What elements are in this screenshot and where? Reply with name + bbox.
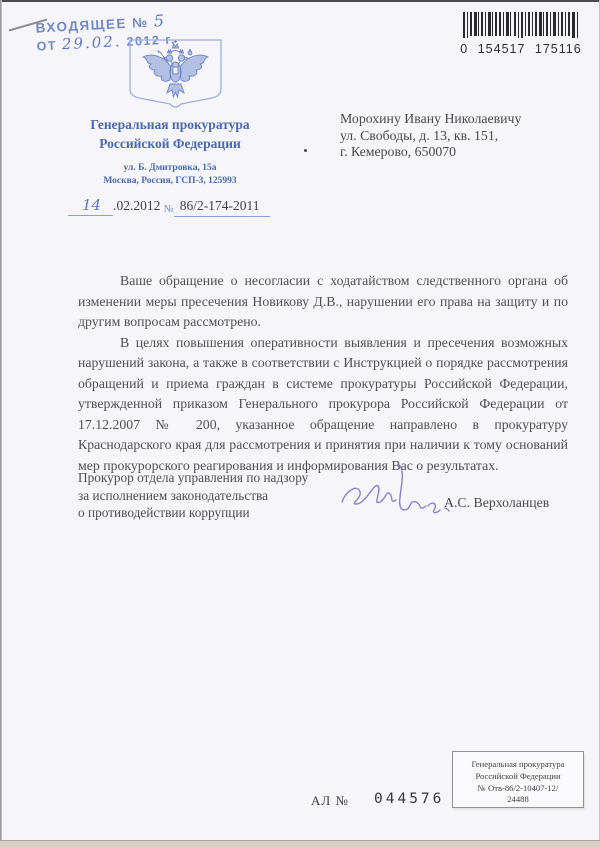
reference-line: 14.02.2012 №86/2-174-2011: [68, 196, 270, 217]
signer-name: А.С. Верхоланцев: [444, 495, 549, 511]
body-paragraph-2: В целях повышения оперативности выявлени…: [78, 333, 568, 477]
handwritten-signature-icon: [336, 456, 454, 520]
recipient-address-line2: г. Кемерово, 650070: [340, 144, 521, 161]
outgoing-stamp-box: Генеральная прокуратура Российской Федер…: [452, 751, 584, 808]
number-sign: №: [164, 204, 174, 215]
letter-body: Ваше обращение о несогласии с ходатайств…: [78, 271, 568, 476]
reference-date-printed: .02.2012: [113, 198, 160, 213]
incoming-stamp-date-handwritten: 29.02.: [61, 32, 122, 53]
letterhead-address-line2: Москва, Россия, ГСП-3, 125993: [56, 175, 284, 188]
scan-edge-bottom: [0, 840, 600, 847]
incoming-stamp-number-handwritten: 5: [153, 11, 166, 31]
signer-title-line3: о противодействии коррупции: [78, 504, 308, 522]
reference-number: 86/2-174-2011: [174, 198, 270, 217]
outgoing-stamp-line1: Генеральная прокуратура: [453, 759, 583, 771]
incoming-stamp-from-label: ОТ: [36, 39, 57, 54]
scan-speck: [304, 149, 307, 152]
signer-title-line2: за исполнением законодательства: [78, 487, 308, 505]
reference-day-handwritten: 14: [68, 196, 113, 216]
recipient-block: Морохину Ивану Николаевичу ул. Свободы, …: [340, 111, 521, 161]
coat-of-arms-emblem-icon: [127, 37, 224, 111]
letterhead-address-line1: ул. Б. Дмитровка, 15а: [56, 162, 284, 175]
form-number: 044576: [374, 791, 444, 807]
letterhead: Генеральная прокуратура Российской Федер…: [56, 115, 284, 188]
barcode-bars-icon: [456, 12, 586, 40]
signer-title-line1: Прокурор отдела управления по надзору: [78, 469, 308, 487]
body-paragraph-1: Ваше обращение о несогласии с ходатайств…: [78, 271, 568, 333]
recipient-address-line1: ул. Свободы, д. 13, кв. 151,: [340, 128, 521, 145]
letterhead-org-line1: Генеральная прокуратура: [56, 115, 284, 134]
form-series-label: АЛ №: [311, 793, 349, 809]
recipient-name: Морохину Ивану Николаевичу: [340, 111, 521, 128]
outgoing-stamp-line2: Российской Федерации: [453, 771, 583, 783]
outgoing-stamp-line3: № Отв-86/2-10407-12/: [453, 783, 583, 795]
outgoing-stamp-line4: 24488: [453, 794, 583, 806]
letterhead-org-line2: Российской Федерации: [56, 134, 284, 153]
barcode: 0 154517 175116: [456, 12, 586, 56]
barcode-number: 0 154517 175116: [456, 42, 586, 56]
scanned-letter-page: ВХОДЯЩЕЕ № 5 ОТ 29.02. 2012 г.: [0, 0, 600, 847]
signer-title: Прокурор отдела управления по надзору за…: [78, 469, 308, 522]
scan-edge-left: [0, 0, 2, 847]
scan-edge-top: [0, 0, 600, 2]
